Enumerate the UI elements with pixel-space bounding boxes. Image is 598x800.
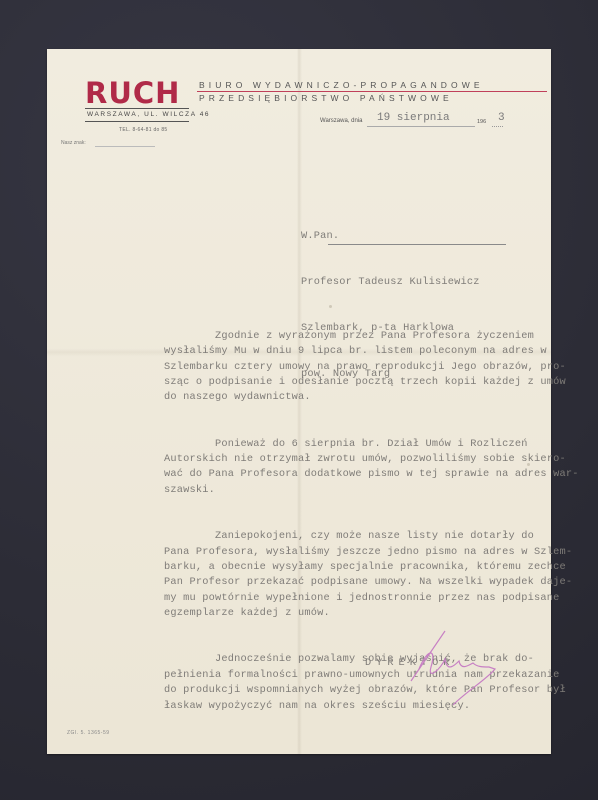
year-dots [492,126,503,127]
logo-rule-top [85,108,189,109]
paper-spot [329,305,332,308]
print-code: ZGI. 5. 1365-59 [67,730,110,736]
company-address: WARSZAWA, UL. WILCZA 46 [87,111,210,118]
company-phone: TEL. 8-64-81 do 85 [119,127,167,133]
date-line [367,126,475,127]
date-label: Warszawa, dnia [320,118,362,124]
date-value: 19 sierpnia [377,112,450,124]
body-paragraph: Zgodnie z wyrażonym przez Pana Profesora… [164,329,579,406]
handwritten-signature-icon [397,629,507,709]
recipient-line: W.Pan. [301,229,480,244]
recipient-line: Profesor Tadeusz Kulisiewicz [301,275,480,290]
body-paragraph: Ponieważ do 6 sierpnia br. Dział Umów i … [164,437,579,499]
body-paragraph: Zaniepokojeni, czy może nasze listy nie … [164,529,579,621]
logo-rule-bottom [85,121,189,122]
year-prefix: 196 [477,119,486,125]
letter-body: Zgodnie z wyrażonym przez Pana Profesora… [164,298,579,745]
letterhead-line-2: PRZEDSIĘBIORSTWO PAŃSTWOWE [199,93,453,103]
paper-spot [317,657,320,660]
reference-field-line [95,146,155,147]
ruch-logo: RUCH [85,78,180,108]
letterhead-line-1: BIURO WYDAWNICZO-PROPAGANDOWE [199,80,484,90]
recipient-underline [328,244,506,245]
letter-sheet: RUCH WARSZAWA, UL. WILCZA 46 TEL. 8-64-8… [47,49,551,754]
letterhead-red-rule [197,91,547,92]
paper-spot [527,463,530,466]
year-suffix: 3 [498,112,505,124]
reference-label: Nasz znak: [61,140,86,146]
